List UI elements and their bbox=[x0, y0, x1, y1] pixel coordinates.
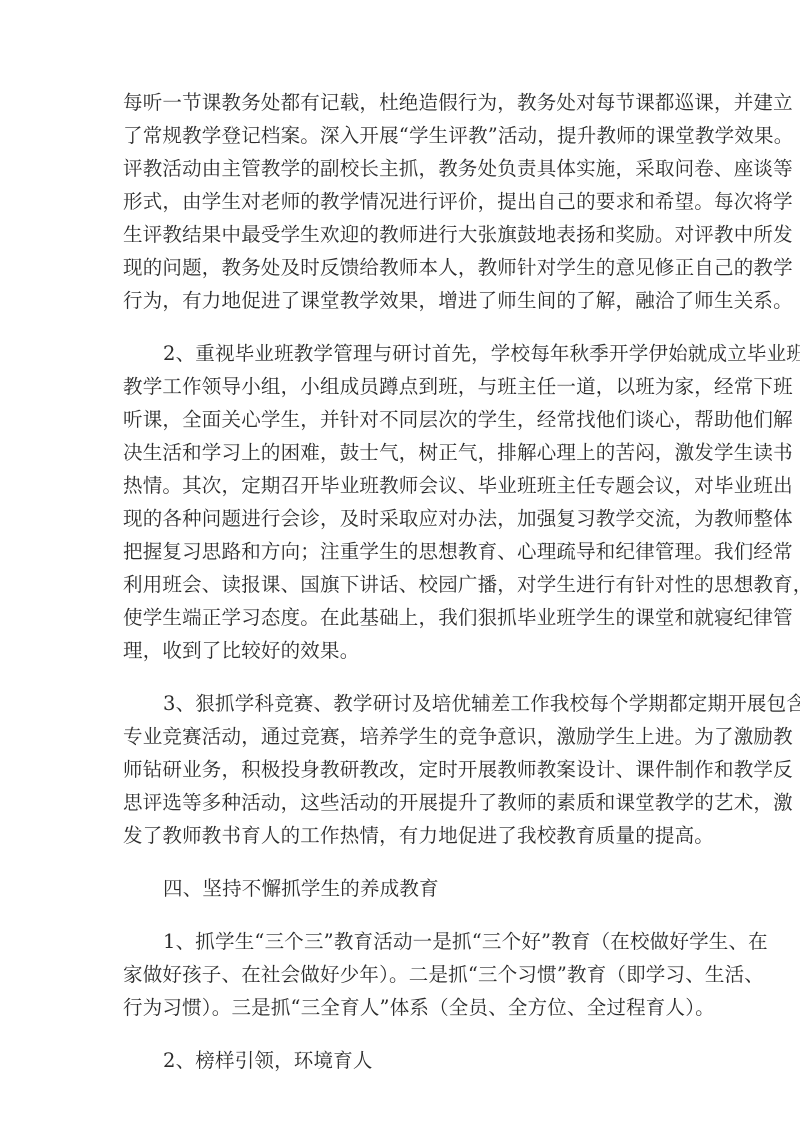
text-line: 2、重视毕业班教学管理与研讨首先，学校每年秋季开学伊始就成立毕业班 bbox=[123, 337, 705, 370]
text-line: 发了教师教书育人的工作热情，有力地促进了我校教育质量的提高。 bbox=[123, 819, 705, 852]
paragraph-2: 2、重视毕业班教学管理与研讨首先，学校每年秋季开学伊始就成立毕业班 教学工作领导… bbox=[123, 337, 705, 667]
text-line: 每听一节课教务处都有记载，杜绝造假行为，教务处对每节课都巡课，并建立 bbox=[123, 86, 705, 119]
paragraph-5: 1、抓学生“三个三”教育活动一是抓“三个好”教育（在校做好学生、在 家做好孩子、… bbox=[123, 925, 705, 1024]
text-line: 家做好孩子、在社会做好少年）。二是抓“三个习惯”教育（即学习、生活、 bbox=[123, 958, 705, 991]
document-body: 每听一节课教务处都有记载，杜绝造假行为，教务处对每节课都巡课，并建立 了常规教学… bbox=[123, 86, 705, 1097]
text-line: 形式，由学生对老师的教学情况进行评价，提出自己的要求和希望。每次将学 bbox=[123, 185, 705, 218]
document-page: 每听一节课教务处都有记载，杜绝造假行为，教务处对每节课都巡课，并建立 了常规教学… bbox=[0, 0, 800, 1131]
text-line: 了常规教学登记档案。深入开展“学生评教”活动，提升教师的课堂教学效果。 bbox=[123, 119, 705, 152]
paragraph-1: 每听一节课教务处都有记载，杜绝造假行为，教务处对每节课都巡课，并建立 了常规教学… bbox=[123, 86, 705, 317]
text-line: 教学工作领导小组，小组成员蹲点到班，与班主任一道，以班为家，经常下班 bbox=[123, 370, 705, 403]
text-line: 热情。其次，定期召开毕业班教师会议、毕业班班主任专题会议，对毕业班出 bbox=[123, 469, 705, 502]
text-line: 利用班会、读报课、国旗下讲话、校园广播，对学生进行有针对性的思想教育， bbox=[123, 568, 705, 601]
text-line: 行为，有力地促进了课堂教学效果，增进了师生间的了解，融洽了师生关系。 bbox=[123, 284, 705, 317]
text-line: 师钻研业务，积极投身教研教改，定时开展教师教案设计、课件制作和教学反 bbox=[123, 753, 705, 786]
text-line: 3、狠抓学科竞赛、教学研讨及培优辅差工作我校每个学期都定期开展包含 bbox=[123, 687, 705, 720]
heading-text: 2、榜样引领，环境育人 bbox=[123, 1044, 705, 1077]
heading-text: 四、坚持不懈抓学生的养成教育 bbox=[123, 872, 705, 905]
section-heading: 四、坚持不懈抓学生的养成教育 bbox=[123, 872, 705, 905]
text-line: 专业竞赛活动，通过竞赛，培养学生的竞争意识，激励学生上进。为了激励教 bbox=[123, 720, 705, 753]
text-line: 现的问题，教务处及时反馈给教师本人，教师针对学生的意见修正自己的教学 bbox=[123, 251, 705, 284]
paragraph-3: 3、狠抓学科竞赛、教学研讨及培优辅差工作我校每个学期都定期开展包含 专业竞赛活动… bbox=[123, 687, 705, 852]
text-line: 理，收到了比较好的效果。 bbox=[123, 634, 705, 667]
text-line: 生评教结果中最受学生欢迎的教师进行大张旗鼓地表扬和奖励。对评教中所发 bbox=[123, 218, 705, 251]
subsection-heading: 2、榜样引领，环境育人 bbox=[123, 1044, 705, 1077]
text-line: 听课，全面关心学生，并针对不同层次的学生，经常找他们谈心，帮助他们解 bbox=[123, 403, 705, 436]
text-line: 把握复习思路和方向；注重学生的思想教育、心理疏导和纪律管理。我们经常 bbox=[123, 535, 705, 568]
text-line: 评教活动由主管教学的副校长主抓，教务处负责具体实施，采取问卷、座谈等 bbox=[123, 152, 705, 185]
text-line: 1、抓学生“三个三”教育活动一是抓“三个好”教育（在校做好学生、在 bbox=[123, 925, 705, 958]
text-line: 决生活和学习上的困难，鼓士气，树正气，排解心理上的苦闷，激发学生读书 bbox=[123, 436, 705, 469]
text-line: 思评选等多种活动，这些活动的开展提升了教师的素质和课堂教学的艺术，激 bbox=[123, 786, 705, 819]
text-line: 现的各种问题进行会诊，及时采取应对办法，加强复习教学交流，为教师整体 bbox=[123, 502, 705, 535]
text-line: 使学生端正学习态度。在此基础上，我们狠抓毕业班学生的课堂和就寝纪律管 bbox=[123, 601, 705, 634]
text-line: 行为习惯）。三是抓“三全育人”体系（全员、全方位、全过程育人）。 bbox=[123, 991, 705, 1024]
